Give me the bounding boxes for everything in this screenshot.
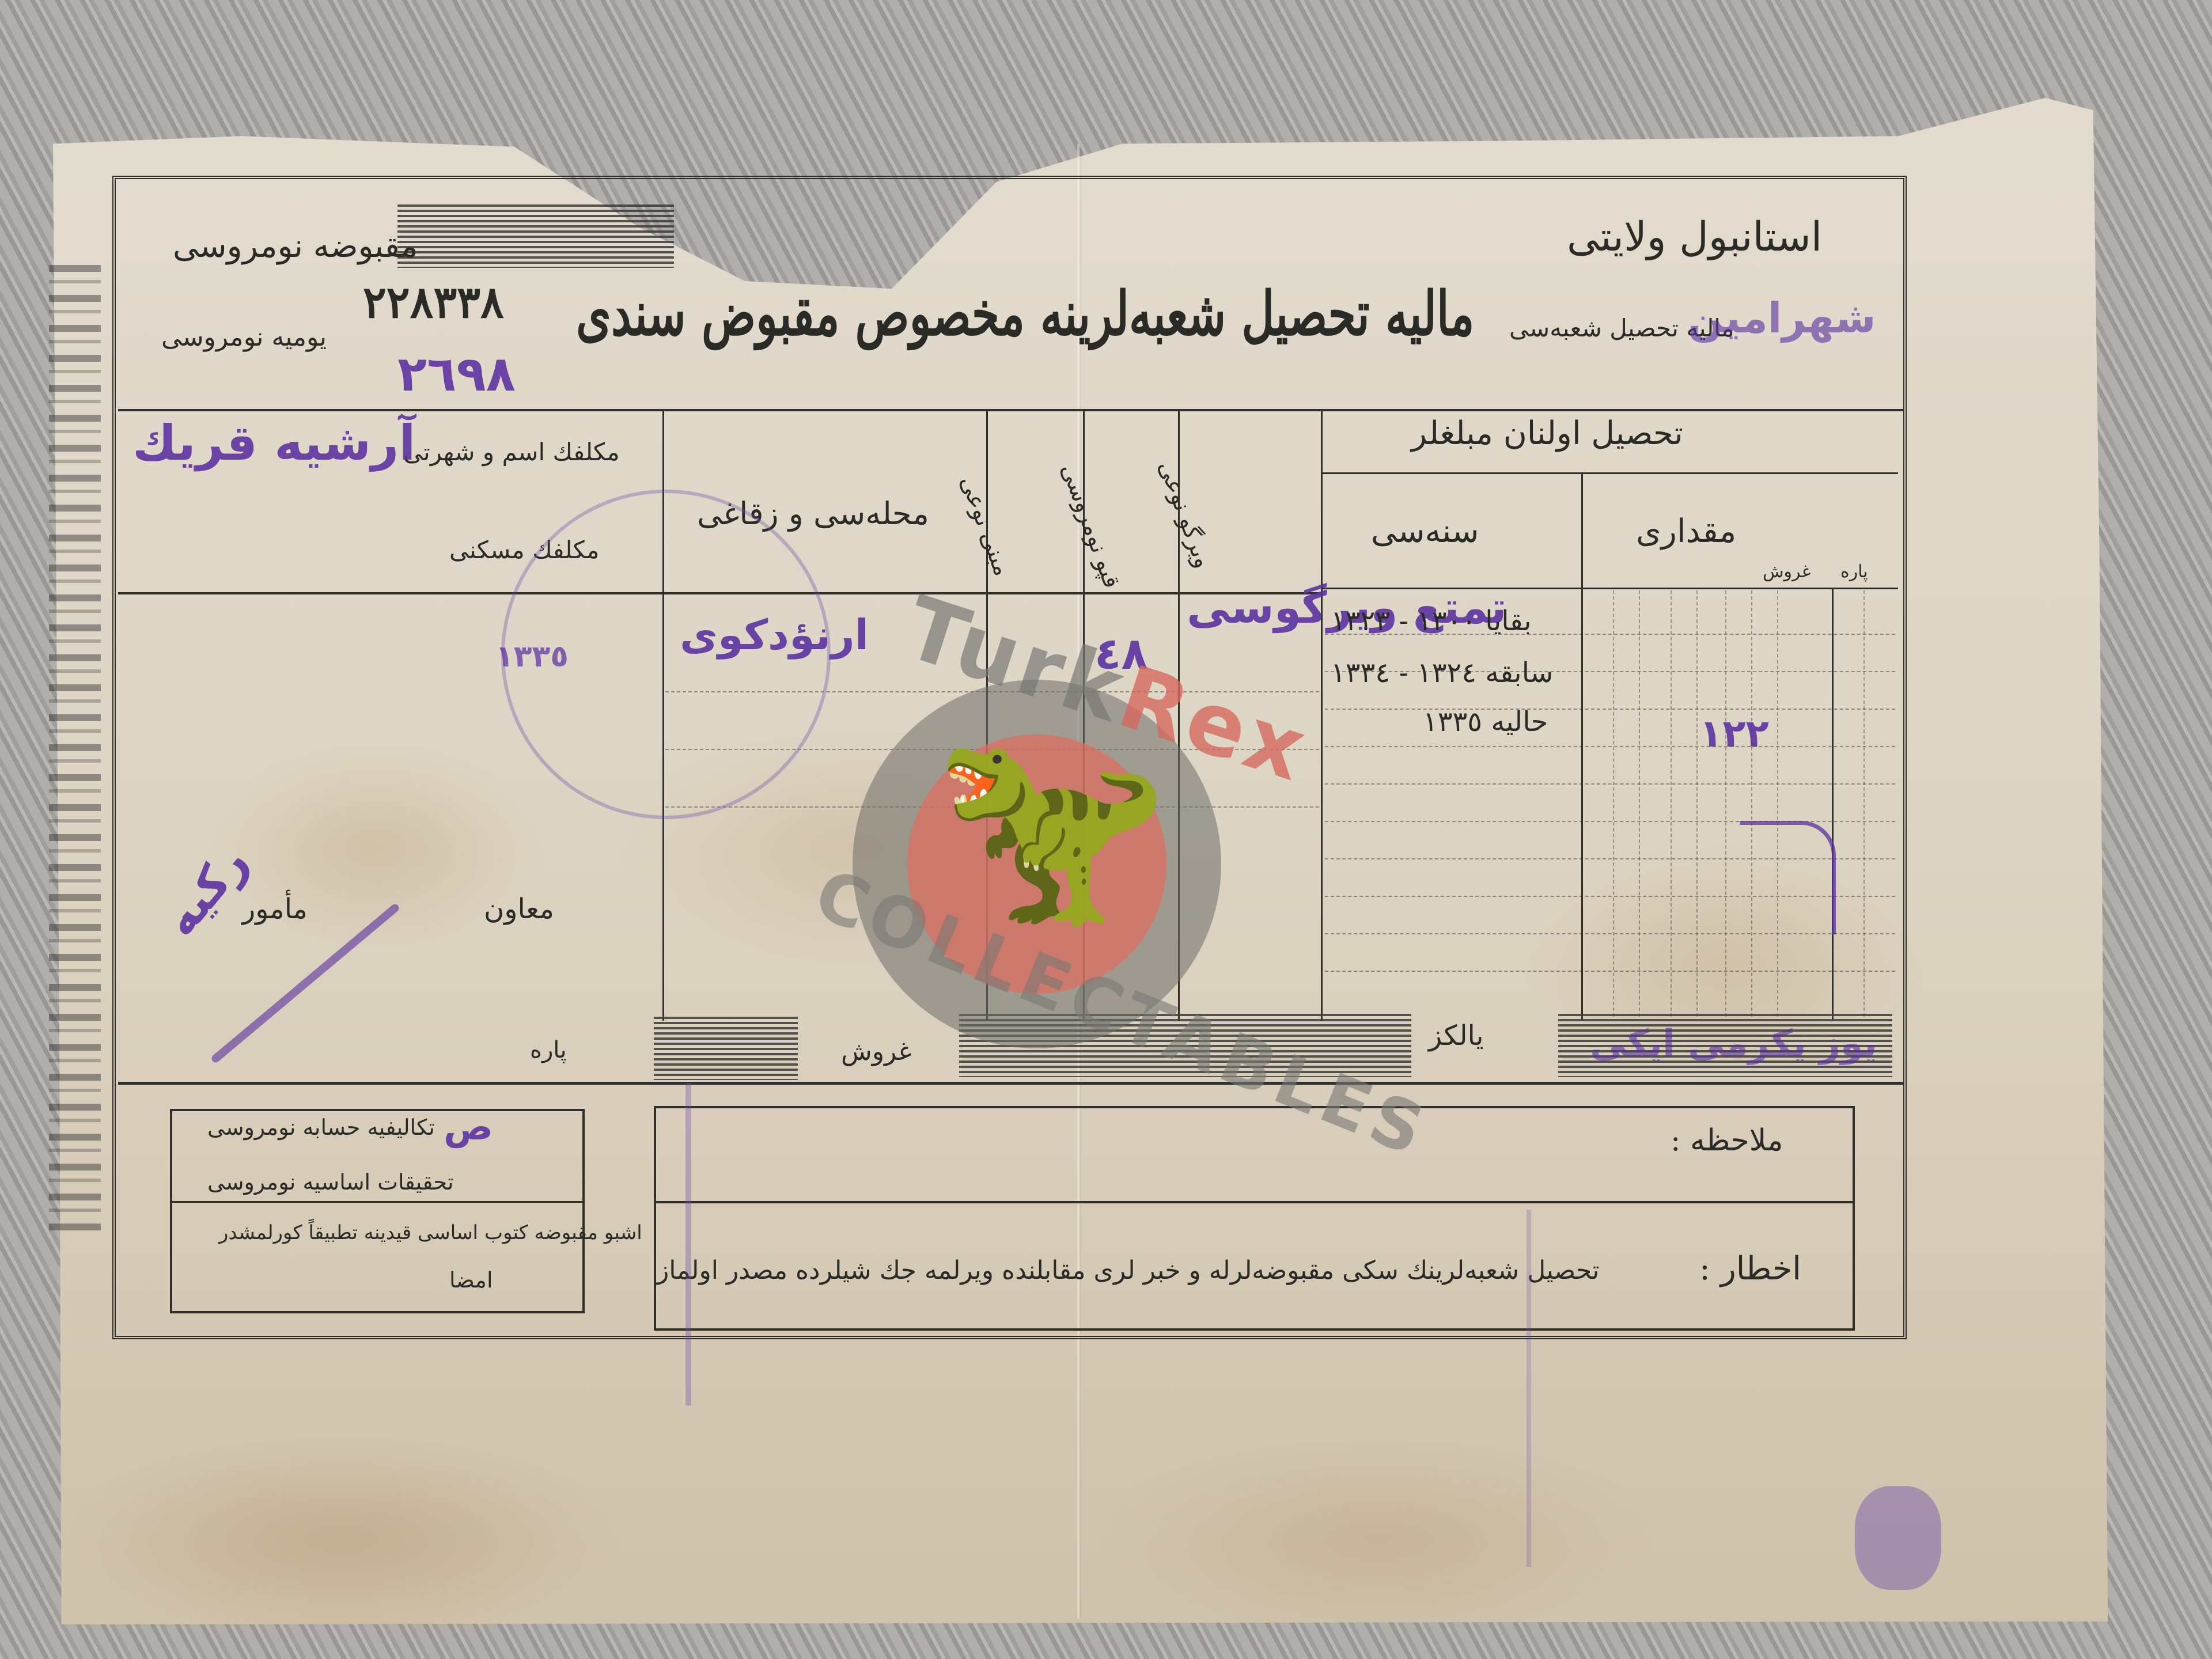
accounts-no-value: ص bbox=[444, 1106, 493, 1149]
amount-value: ١٢٢ bbox=[1699, 711, 1769, 756]
collected-amounts-header: تحصيل اولنان مبلغلر bbox=[1411, 415, 1683, 452]
header-divider bbox=[118, 409, 1904, 411]
year-row-1: بقايا ١٣٠٠ - ١٣٢٣ bbox=[1331, 605, 1532, 637]
year-column-label: سنه‌سى bbox=[1371, 513, 1479, 550]
province-title: استانبول ولايتى bbox=[1567, 213, 1822, 260]
grid-line bbox=[1325, 746, 1895, 747]
year-row-2-desc: سابقه bbox=[1485, 657, 1553, 689]
year-row-3-desc: حاليه bbox=[1491, 706, 1548, 738]
ink-streak bbox=[685, 1083, 691, 1406]
kurus-sublabel: غروش bbox=[1763, 562, 1810, 582]
year-row-3: حاليه ١٣٣٥ bbox=[1423, 706, 1548, 738]
office-handwritten: شهرامين bbox=[1688, 294, 1876, 342]
grid-line bbox=[1751, 590, 1752, 1017]
amount-column-label: مقدارى bbox=[1636, 513, 1736, 550]
perforated-stub-border bbox=[49, 253, 101, 1233]
year-row-2: سابقه ١٣٢٤ - ١٣٣٤ bbox=[1331, 657, 1553, 689]
stamp-date: ١٣٣٥ bbox=[495, 639, 569, 674]
t-rex-icon: 🦖 bbox=[933, 732, 1170, 922]
main-heading: ماليه تحصيل شعبه‌لرينه مخصوص مقبوض سندى bbox=[576, 279, 1475, 350]
ink-streak bbox=[1527, 1210, 1531, 1567]
taxpayer-name: آرشيه قريك bbox=[132, 415, 415, 471]
accounts-no-label: تكاليفيه حسابه نومروسى bbox=[207, 1115, 435, 1140]
col-divider-5 bbox=[1321, 410, 1323, 1021]
verification-statement: اشبو مقبوضه كتوب اساسى قيدينه تطبيقاً كو… bbox=[219, 1221, 642, 1244]
ink-blot bbox=[1855, 1486, 1941, 1590]
receipt-no-label: مقبوضه نومروسى bbox=[173, 228, 418, 265]
grid-line bbox=[1613, 590, 1614, 1017]
footer-divider bbox=[118, 1082, 1904, 1085]
amount-bracket-mark bbox=[1740, 821, 1836, 934]
header-hatch-block bbox=[397, 204, 674, 268]
para-sublabel: پاره bbox=[1840, 562, 1868, 582]
taxpayer-name-label: مكلفك اسم و شهرتى bbox=[403, 438, 620, 466]
grid-line bbox=[1639, 590, 1640, 1017]
col-divider-7 bbox=[1832, 588, 1834, 1020]
signature-label: امضا bbox=[449, 1267, 493, 1293]
grid-line bbox=[1725, 590, 1726, 1017]
para-total-label: پاره bbox=[530, 1037, 567, 1063]
remarks-divider bbox=[656, 1201, 1854, 1203]
grid-line bbox=[1696, 590, 1698, 1017]
notice-label: اخطار : bbox=[1699, 1250, 1801, 1287]
grid-line bbox=[1777, 590, 1778, 1017]
year-row-3-range: ١٣٣٥ bbox=[1423, 706, 1482, 738]
register-number: ٢٦٩٨ bbox=[397, 346, 516, 402]
base-investigation-label: تحقيقات اساسيه نومروسى bbox=[207, 1169, 454, 1195]
year-row-1-desc: بقايا bbox=[1485, 605, 1531, 637]
verification-box-divider bbox=[172, 1201, 584, 1203]
notice-text: تحصيل شعبه‌لرينك سكى مقبوضه‌لرله و خبر ل… bbox=[657, 1256, 1600, 1285]
grid-line bbox=[1863, 590, 1865, 1017]
collected-subheader-divider bbox=[1322, 472, 1898, 474]
grid-line bbox=[1325, 709, 1895, 710]
amount-in-words: يوز يكرمى ايكى bbox=[1590, 1022, 1877, 1065]
para-hatch-box bbox=[654, 1017, 798, 1080]
grid-line bbox=[1325, 971, 1895, 972]
muavin-label: معاون bbox=[484, 893, 554, 925]
grid-line bbox=[1325, 783, 1895, 785]
grid-line bbox=[1671, 590, 1672, 1017]
remarks-label: ملاحظه : bbox=[1671, 1123, 1783, 1158]
year-row-2-range: ١٣٢٤ - ١٣٣٤ bbox=[1331, 657, 1476, 689]
register-no-label: يوميه نومروسى bbox=[161, 323, 327, 352]
yalniz-label: يالكز bbox=[1429, 1020, 1484, 1052]
mamur-label: مأمور bbox=[242, 893, 308, 925]
receipt-number: ٢٢٨٣٣٨ bbox=[363, 276, 504, 328]
year-row-1-range: ١٣٠٠ - ١٣٢٣ bbox=[1331, 605, 1476, 637]
